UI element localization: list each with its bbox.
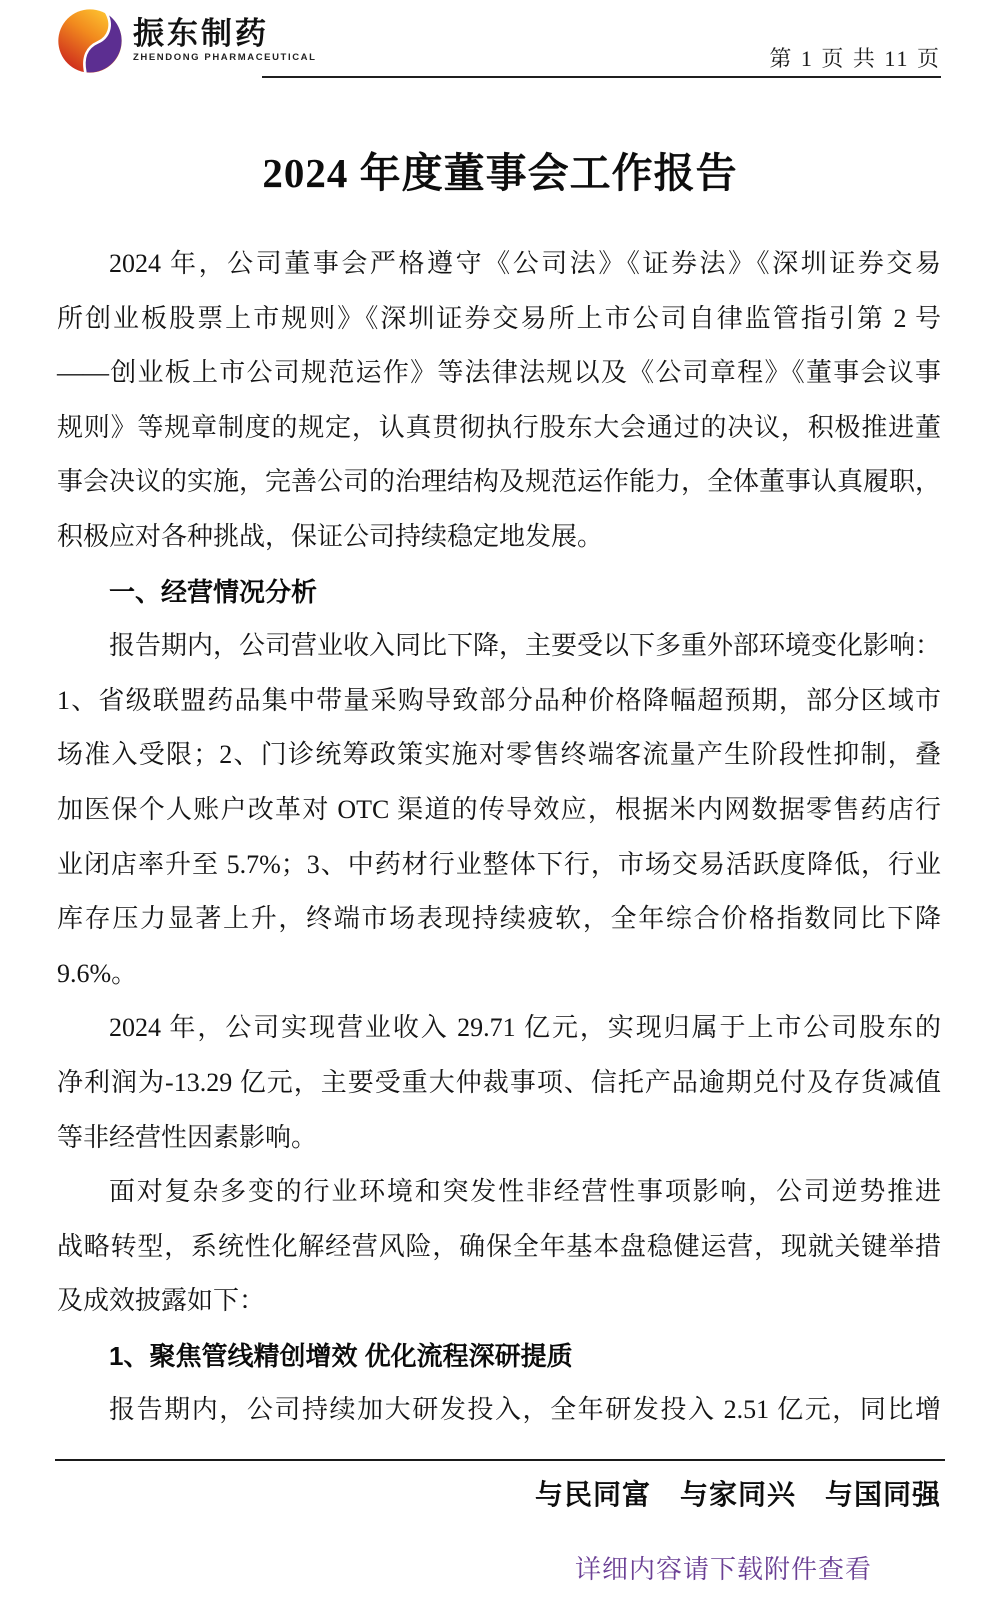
- company-logo: 振东制药 ZHENDONG PHARMACEUTICAL: [57, 8, 317, 74]
- paragraph: 面对复杂多变的行业环境和突发性非经营性事项影响，公司逆势推进战略转型，系统性化解…: [57, 1165, 941, 1329]
- zhendong-logo-icon: [57, 8, 123, 74]
- logo-brand-cn: 振东制药: [133, 17, 317, 51]
- page-number: 第 1 页 共 11 页: [769, 42, 941, 73]
- body-line: 面对复杂多变的行业环境和突发性非经营性事项影响，公司逆势推进: [57, 1165, 941, 1220]
- body-line: 积极应对各种挑战，保证公司持续稳定地发展。: [57, 510, 941, 565]
- paragraph: 2024 年，公司实现营业收入 29.71 亿元，实现归属于上市公司股东的净利润…: [57, 1001, 941, 1165]
- logo-wordmark: 振东制药 ZHENDONG PHARMACEUTICAL: [133, 17, 317, 65]
- paragraph: 报告期内，公司营业收入同比下降，主要受以下多重外部环境变化影响：1、省级联盟药品…: [57, 619, 941, 1001]
- download-attachment-link[interactable]: 详细内容请下载附件查看: [575, 1549, 872, 1586]
- body-line: 所创业板股票上市规则》《深圳证券交易所上市公司自律监管指引第 2 号: [57, 292, 941, 347]
- body-line: 2024 年，公司董事会严格遵守《公司法》《证券法》《深圳证券交易: [57, 237, 941, 292]
- body-line: 等非经营性因素影响。: [57, 1111, 941, 1166]
- logo-brand-en: ZHENDONG PHARMACEUTICAL: [133, 51, 317, 65]
- footer-divider: [55, 1459, 945, 1461]
- body-line: 事会决议的实施，完善公司的治理结构及规范运作能力，全体董事认真履职，: [57, 455, 941, 510]
- paragraph: 报告期内，公司持续加大研发投入，全年研发投入 2.51 亿元，同比增: [57, 1383, 941, 1438]
- body-line: 加医保个人账户改革对 OTC 渠道的传导效应，根据米内网数据零售药店行: [57, 783, 941, 838]
- document-page: 振东制药 ZHENDONG PHARMACEUTICAL 第 1 页 共 11 …: [0, 0, 1000, 1617]
- header-divider: [262, 76, 941, 78]
- report-title: 2024 年度董事会工作报告: [0, 140, 1000, 199]
- body-line: 战略转型，系统性化解经营风险，确保全年基本盘稳健运营，现就关键举措: [57, 1220, 941, 1275]
- body-line: 1、省级联盟药品集中带量采购导致部分品种价格降幅超预期，部分区域市: [57, 674, 941, 729]
- section-heading: 1、聚焦管线精创增效 优化流程深研提质: [57, 1329, 941, 1384]
- section-heading: 一、经营情况分析: [57, 565, 941, 620]
- body-line: 规则》等规章制度的规定，认真贯彻执行股东大会通过的决议，积极推进董: [57, 401, 941, 456]
- body-line: 库存压力显著上升，终端市场表现持续疲软，全年综合价格指数同比下降: [57, 892, 941, 947]
- body-line: 2024 年，公司实现营业收入 29.71 亿元，实现归属于上市公司股东的: [57, 1001, 941, 1056]
- body-line: 报告期内，公司营业收入同比下降，主要受以下多重外部环境变化影响：: [57, 619, 941, 674]
- body-line: 净利润为-13.29 亿元，主要受重大仲裁事项、信托产品逾期兑付及存货减值: [57, 1056, 941, 1111]
- paragraph: 2024 年，公司董事会严格遵守《公司法》《证券法》《深圳证券交易所创业板股票上…: [57, 237, 941, 565]
- body-line: ——创业板上市公司规范运作》等法律法规以及《公司章程》《董事会议事: [57, 346, 941, 401]
- body-line: 业闭店率升至 5.7%；3、中药材行业整体下行，市场交易活跃度降低，行业: [57, 838, 941, 893]
- body-line: 场准入受限；2、门诊统筹政策实施对零售终端客流量产生阶段性抑制，叠: [57, 728, 941, 783]
- footer-slogan: 与民同富 与家同兴 与国同强: [535, 1473, 941, 1513]
- body-line: 报告期内，公司持续加大研发投入，全年研发投入 2.51 亿元，同比增: [57, 1383, 941, 1438]
- body-line: 及成效披露如下：: [57, 1274, 941, 1329]
- report-body: 2024 年，公司董事会严格遵守《公司法》《证券法》《深圳证券交易所创业板股票上…: [57, 237, 941, 1438]
- body-line: 9.6%。: [57, 947, 941, 1002]
